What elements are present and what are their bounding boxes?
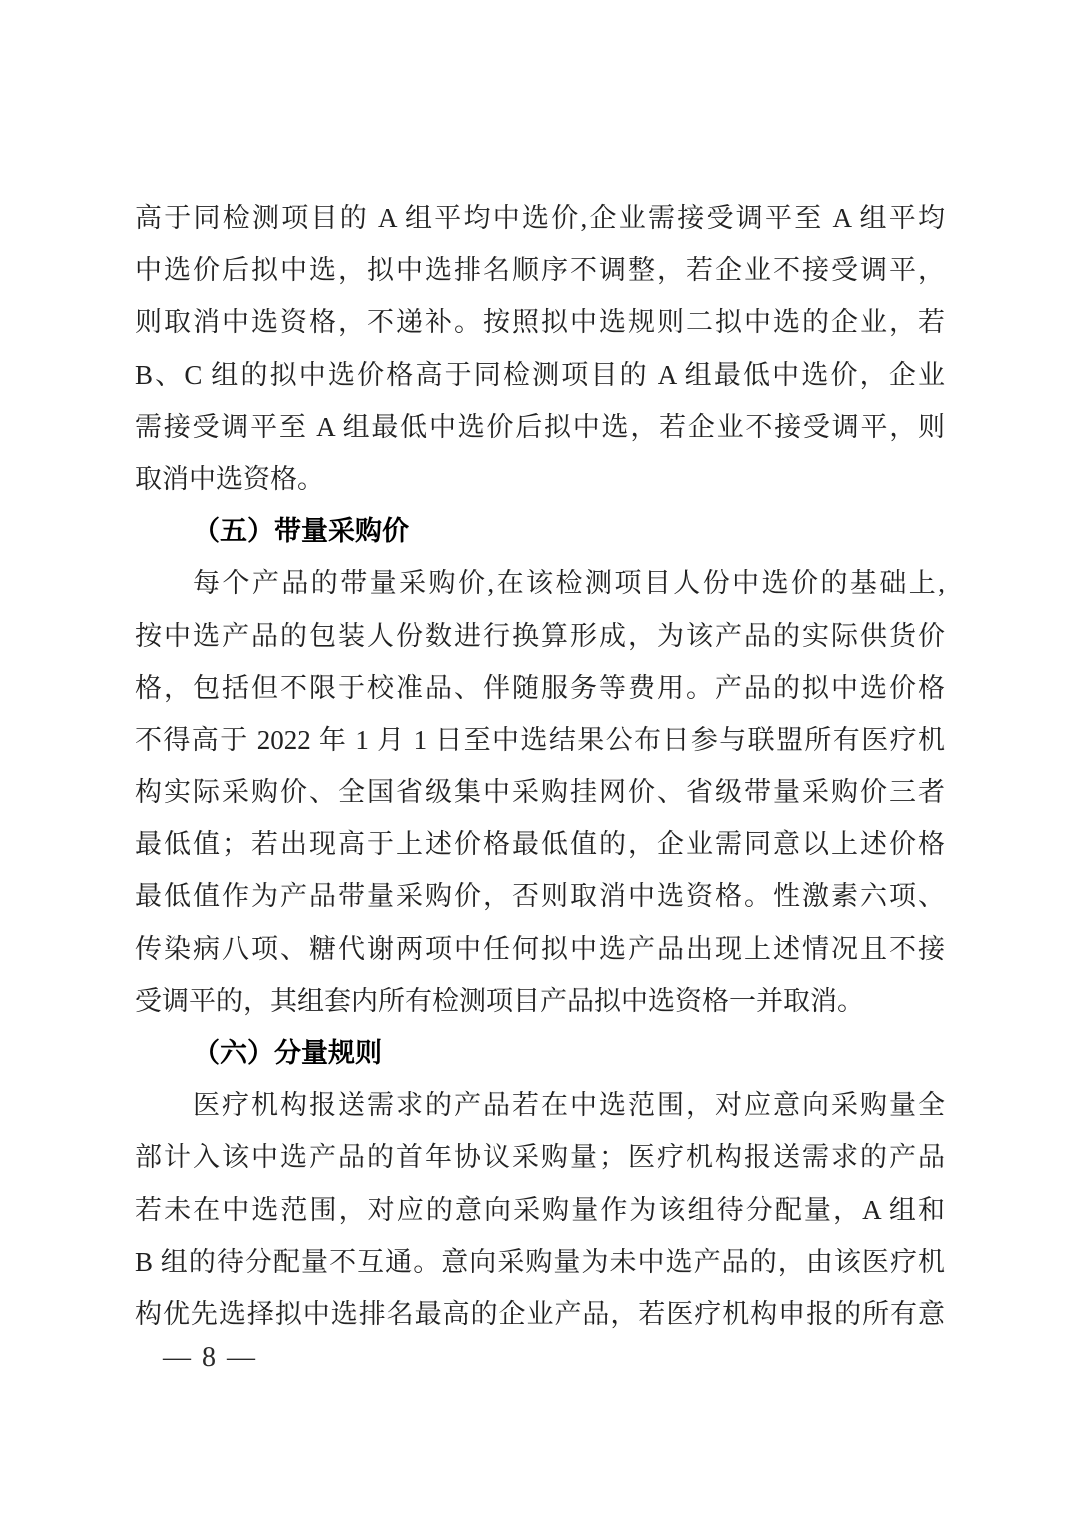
- paragraph: 高于同检测项目的 A 组平均中选价,企业需接受调平至 A 组平均中选价后拟中选，…: [135, 192, 945, 505]
- body-line: 最低值作为产品带量采购价，否则取消中选资格。性激素六项、: [135, 870, 945, 922]
- body-line: 取消中选资格。: [135, 453, 945, 505]
- body-line: 若未在中选范围，对应的意向采购量作为该组待分配量，A 组和: [135, 1184, 945, 1236]
- section-heading: （六）分量规则: [135, 1027, 945, 1079]
- document-page: 高于同检测项目的 A 组平均中选价,企业需接受调平至 A 组平均中选价后拟中选，…: [0, 0, 1080, 1526]
- body-line: 高于同检测项目的 A 组平均中选价,企业需接受调平至 A 组平均: [135, 192, 945, 244]
- body-line: 受调平的，其组套内所有检测项目产品拟中选资格一并取消。: [135, 975, 945, 1027]
- body-line: 不得高于 2022 年 1 月 1 日至中选结果公布日参与联盟所有医疗机: [135, 714, 945, 766]
- body-line: 格，包括但不限于校准品、伴随服务等费用。产品的拟中选价格: [135, 662, 945, 714]
- body-line: B、C 组的拟中选价格高于同检测项目的 A 组最低中选价，企业: [135, 349, 945, 401]
- document-body: 高于同检测项目的 A 组平均中选价,企业需接受调平至 A 组平均中选价后拟中选，…: [135, 192, 945, 1340]
- page-footer: — 8 —: [163, 1338, 257, 1378]
- page-number: — 8 —: [163, 1342, 257, 1373]
- body-line: 最低值；若出现高于上述价格最低值的，企业需同意以上述价格: [135, 818, 945, 870]
- body-line: 中选价后拟中选，拟中选排名顺序不调整，若企业不接受调平，: [135, 244, 945, 296]
- body-line: 需接受调平至 A 组最低中选价后拟中选，若企业不接受调平，则: [135, 401, 945, 453]
- body-line: 医疗机构报送需求的产品若在中选范围，对应意向采购量全: [135, 1079, 945, 1131]
- body-line: 则取消中选资格，不递补。按照拟中选规则二拟中选的企业，若: [135, 296, 945, 348]
- body-line: 按中选产品的包装人份数进行换算形成，为该产品的实际供货价: [135, 610, 945, 662]
- body-line: 每个产品的带量采购价,在该检测项目人份中选价的基础上,: [135, 557, 945, 609]
- body-line: 传染病八项、糖代谢两项中任何拟中选产品出现上述情况且不接: [135, 923, 945, 975]
- body-line: 构优先选择拟中选排名最高的企业产品，若医疗机构申报的所有意: [135, 1288, 945, 1340]
- body-line: 部计入该中选产品的首年协议采购量；医疗机构报送需求的产品: [135, 1131, 945, 1183]
- paragraph: 每个产品的带量采购价,在该检测项目人份中选价的基础上,按中选产品的包装人份数进行…: [135, 557, 945, 1027]
- section-heading: （五）带量采购价: [135, 505, 945, 557]
- body-line: B 组的待分配量不互通。意向采购量为未中选产品的，由该医疗机: [135, 1236, 945, 1288]
- body-line: 构实际采购价、全国省级集中采购挂网价、省级带量采购价三者: [135, 766, 945, 818]
- paragraph: 医疗机构报送需求的产品若在中选范围，对应意向采购量全部计入该中选产品的首年协议采…: [135, 1079, 945, 1340]
